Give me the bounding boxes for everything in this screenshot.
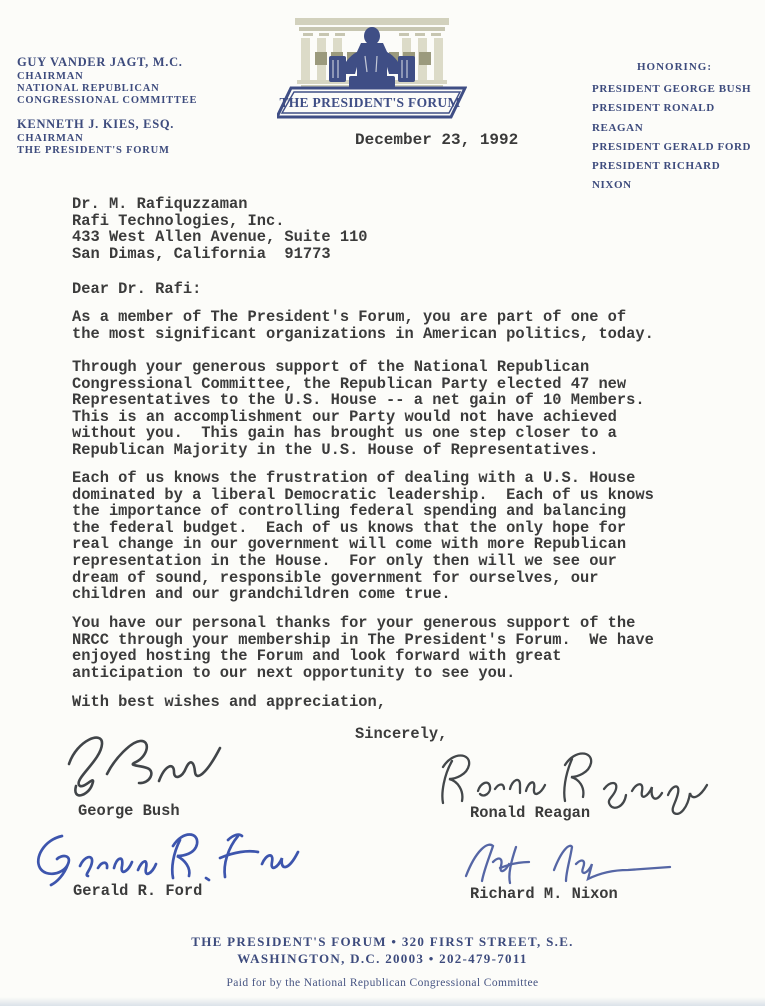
- salutation: Dear Dr. Rafi:: [72, 281, 201, 298]
- george-bush-typed-name: George Bush: [78, 802, 180, 820]
- gerald-ford-typed-name: Gerald R. Ford: [73, 882, 202, 900]
- officer-name: GUY VANDER JAGT, M.C.: [17, 56, 197, 69]
- honoring-title: HONORING:: [592, 61, 757, 73]
- footer-city-phone-line: WASHINGTON, D.C. 20003 • 202-479-7011: [0, 951, 765, 967]
- logo-banner-text: THE PRESIDENT'S FORUM: [279, 95, 460, 110]
- paragraph-3: Each of us knows the frustration of deal…: [72, 470, 654, 603]
- letter-page: GUY VANDER JAGT, M.C. CHAIRMAN NATIONAL …: [0, 0, 765, 1006]
- scan-edge-strip: [0, 997, 765, 1006]
- honoring-list: HONORING: PRESIDENT GEORGE BUSH PRESIDEN…: [592, 61, 757, 196]
- richard-nixon-typed-name: Richard M. Nixon: [470, 885, 618, 903]
- george-bush-signature: [55, 728, 270, 811]
- ronald-reagan-typed-name: Ronald Reagan: [470, 804, 590, 822]
- valediction: With best wishes and appreciation,: [72, 694, 386, 711]
- letterhead-officers: GUY VANDER JAGT, M.C. CHAIRMAN NATIONAL …: [17, 56, 197, 157]
- lincoln-memorial-statue-icon: THE PRESIDENT'S FORUM: [277, 12, 467, 124]
- closing: Sincerely,: [355, 726, 447, 743]
- officer-titles: CHAIRMAN THE PRESIDENT'S FORUM: [17, 133, 197, 157]
- paragraph-4: You have our personal thanks for your ge…: [72, 615, 654, 681]
- officer-name: KENNETH J. KIES, ESQ.: [17, 118, 197, 131]
- officer-titles: CHAIRMAN NATIONAL REPUBLICAN CONGRESSION…: [17, 71, 197, 107]
- letter-date: December 23, 1992: [355, 131, 518, 149]
- presidents-forum-logo: THE PRESIDENT'S FORUM: [277, 12, 467, 124]
- honoring-presidents: PRESIDENT GEORGE BUSH PRESIDENT RONALD R…: [592, 80, 757, 196]
- paragraph-2: Through your generous support of the Nat…: [72, 359, 645, 459]
- paragraph-1: As a member of The President's Forum, yo…: [72, 309, 654, 342]
- footer-address-line: THE PRESIDENT'S FORUM • 320 FIRST STREET…: [0, 934, 765, 950]
- recipient-address: Dr. M. Rafiquzzaman Rafi Technologies, I…: [72, 196, 368, 262]
- footer-paid-for-line: Paid for by the National Republican Cong…: [0, 977, 765, 989]
